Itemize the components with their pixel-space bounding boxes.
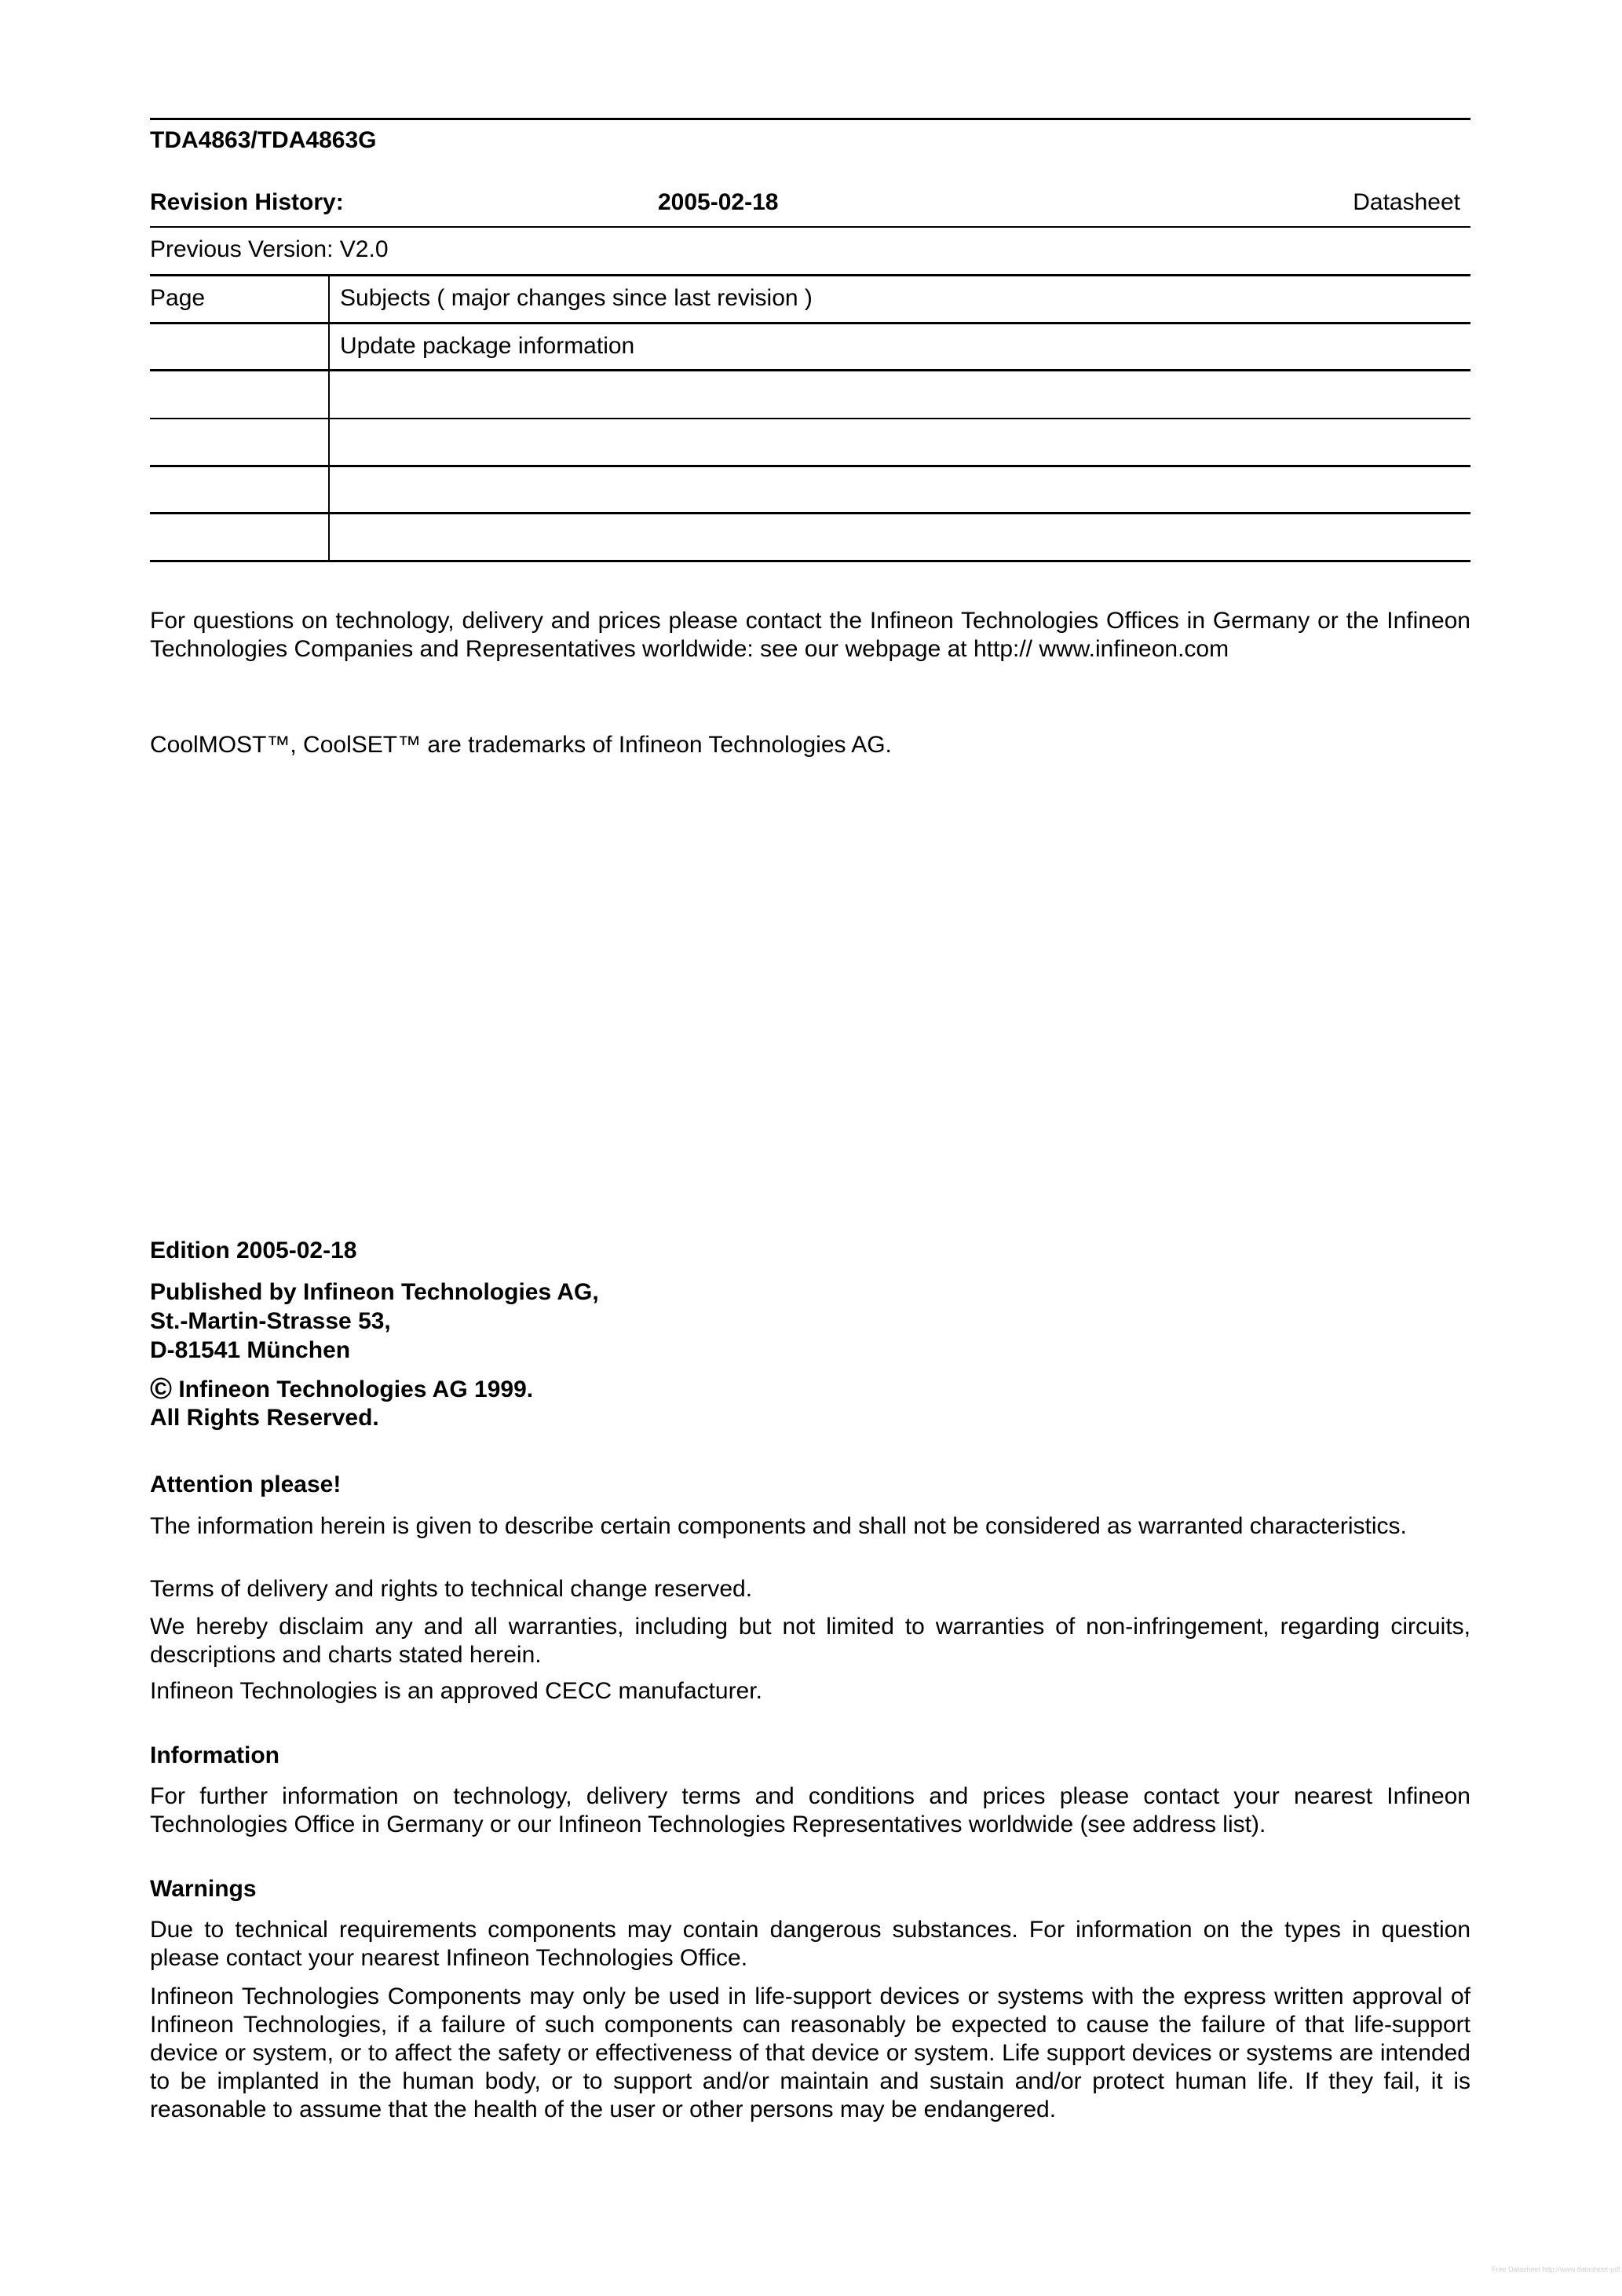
copyright-text: Infineon Technologies AG 1999. <box>178 1377 533 1402</box>
table-header-page: Page <box>150 284 205 313</box>
watermark: Free Datasheet http://www.datasheet-pdf.… <box>1492 2265 1622 2273</box>
table-rule <box>150 560 1470 562</box>
previous-version: Previous Version: V2.0 <box>150 236 389 264</box>
warnings-heading: Warnings <box>150 1875 257 1903</box>
revision-history-label: Revision History: <box>150 188 344 217</box>
document-type: Datasheet <box>1353 188 1460 217</box>
product-title: TDA4863/TDA4863G <box>150 126 376 155</box>
warnings-paragraph: Infineon Technologies Components may onl… <box>150 1983 1470 2124</box>
table-rule <box>150 418 1470 419</box>
publisher-address: St.-Martin-Strasse 53, <box>150 1307 391 1336</box>
contact-paragraph: For questions on technology, delivery an… <box>150 607 1470 664</box>
table-rule <box>150 369 1470 371</box>
attention-text-1: The information herein is given to descr… <box>150 1512 1470 1541</box>
edition: Edition 2005-02-18 <box>150 1237 356 1265</box>
table-rule <box>150 512 1470 514</box>
table-rule <box>150 465 1470 467</box>
all-rights-reserved: All Rights Reserved. <box>150 1404 379 1432</box>
attention-heading: Attention please! <box>150 1471 341 1499</box>
header-rule <box>150 226 1470 228</box>
information-heading: Information <box>150 1742 279 1770</box>
attention-paragraph: We hereby disclaim any and all warrantie… <box>150 1613 1470 1669</box>
table-column-divider <box>328 276 330 560</box>
publisher-line: Published by Infineon Technologies AG, <box>150 1278 599 1307</box>
table-cell-subject: Update package information <box>340 332 634 360</box>
attention-text: The information herein is given to descr… <box>150 1513 1407 1539</box>
trademark-line: CoolMOST™, CoolSET™ are trademarks of In… <box>150 731 892 759</box>
copyright-line: © Infineon Technologies AG 1999. <box>150 1375 533 1404</box>
copyright-icon: © <box>150 1373 172 1406</box>
table-header-subjects: Subjects ( major changes since last revi… <box>340 284 813 313</box>
information-paragraph: For further information on technology, d… <box>150 1782 1470 1839</box>
attention-paragraph: Infineon Technologies is an approved CEC… <box>150 1677 1470 1706</box>
attention-paragraph: Terms of delivery and rights to technica… <box>150 1575 1470 1603</box>
top-rule <box>150 118 1470 120</box>
table-rule <box>150 274 1470 276</box>
warnings-paragraph: Due to technical requirements components… <box>150 1916 1470 1972</box>
publisher-city: D-81541 München <box>150 1336 350 1365</box>
revision-date: 2005-02-18 <box>658 188 778 217</box>
table-rule <box>150 322 1470 324</box>
attention-paragraph: The information herein is given to descr… <box>150 1512 1470 1541</box>
